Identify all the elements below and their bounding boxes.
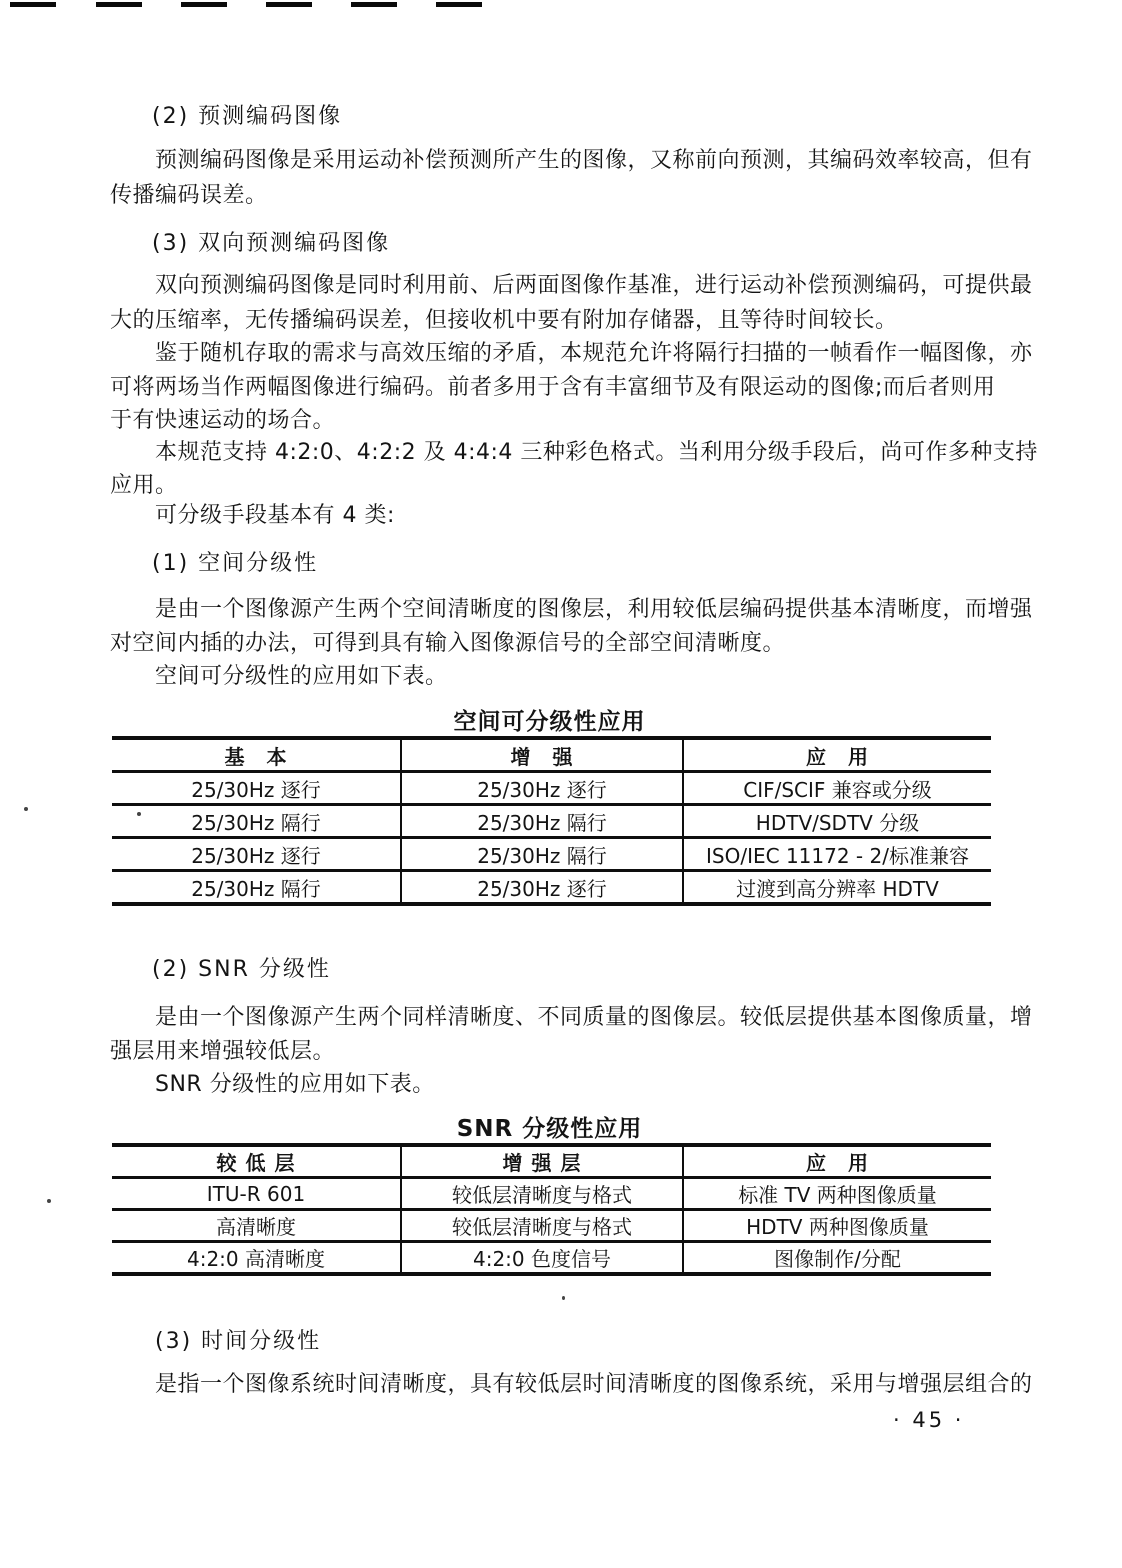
table-cell: 4:2:0 色度信号	[401, 1242, 683, 1275]
table-row: 25/30Hz 逐行 25/30Hz 逐行 CIF/SCIF 兼容或分级	[112, 772, 991, 805]
table-header-cell: 增 强	[401, 738, 683, 772]
table-title: 空间可分级性应用	[112, 703, 987, 736]
table-cell: 较低层清晰度与格式	[401, 1178, 683, 1210]
noise-speck	[47, 1199, 51, 1203]
table-cell: 25/30Hz 逐行	[401, 772, 683, 805]
table-cell: 标准 TV 两种图像质量	[683, 1178, 991, 1210]
table-row: 25/30Hz 逐行 25/30Hz 隔行 ISO/IEC 11172 - 2/…	[112, 838, 991, 871]
table-header-cell: 较 低 层	[112, 1145, 401, 1178]
section-heading: (1) 空间分级性	[152, 550, 318, 578]
table-cell: 4:2:0 高清晰度	[112, 1242, 401, 1275]
scan-mark	[10, 2, 56, 7]
paragraph-line: 空间可分级性的应用如下表。	[155, 663, 448, 691]
paragraph-line: 可将两场当作两幅图像进行编码。前者多用于含有丰富细节及有限运动的图像;而后者则用	[110, 374, 995, 402]
table-cell: 25/30Hz 隔行	[112, 805, 401, 838]
paragraph-line: 是由一个图像源产生两个同样清晰度、不同质量的图像层。较低层提供基本图像质量，增	[155, 1004, 1033, 1032]
scan-mark	[96, 2, 142, 7]
table-cell: 过渡到高分辨率 HDTV	[683, 871, 991, 905]
document-page: (2) 预测编码图像 预测编码图像是采用运动补偿预测所产生的图像，又称前向预测，…	[0, 0, 1122, 1568]
table-header-cell: 应 用	[683, 1145, 991, 1178]
table-header-row: 基 本 增 强 应 用	[112, 738, 991, 772]
scan-mark	[181, 2, 227, 7]
table-title: SNR 分级性应用	[112, 1110, 987, 1143]
table-cell: 25/30Hz 逐行	[401, 871, 683, 905]
noise-speck	[562, 1296, 565, 1300]
snr-scalability-table: 较 低 层 增 强 层 应 用 ITU-R 601 较低层清晰度与格式 标准 T…	[112, 1143, 991, 1276]
table-row: ITU-R 601 较低层清晰度与格式 标准 TV 两种图像质量	[112, 1178, 991, 1210]
table-header-cell: 增 强 层	[401, 1145, 683, 1178]
scan-mark	[351, 2, 397, 7]
paragraph-line: SNR 分级性的应用如下表。	[155, 1071, 435, 1099]
section-heading: (2) 预测编码图像	[152, 103, 342, 131]
table-cell: 25/30Hz 逐行	[112, 838, 401, 871]
page-number: · 45 ·	[893, 1408, 964, 1432]
paragraph-line: 传播编码误差。	[110, 182, 268, 210]
table-cell: 图像制作/分配	[683, 1242, 991, 1275]
table-cell: 25/30Hz 隔行	[112, 871, 401, 905]
paragraph-line: 强层用来增强较低层。	[110, 1038, 335, 1066]
table-header-cell: 基 本	[112, 738, 401, 772]
section-heading: (2) SNR 分级性	[152, 956, 331, 984]
table-cell: ISO/IEC 11172 - 2/标准兼容	[683, 838, 991, 871]
table-cell: HDTV 两种图像质量	[683, 1210, 991, 1242]
table-row: 25/30Hz 隔行 25/30Hz 隔行 HDTV/SDTV 分级	[112, 805, 991, 838]
paragraph-line: 于有快速运动的场合。	[110, 407, 335, 435]
scan-mark	[436, 2, 482, 7]
section-heading: (3) 时间分级性	[155, 1328, 321, 1356]
table-row: 4:2:0 高清晰度 4:2:0 色度信号 图像制作/分配	[112, 1242, 991, 1275]
table-row: 高清晰度 较低层清晰度与格式 HDTV 两种图像质量	[112, 1210, 991, 1242]
table-cell: HDTV/SDTV 分级	[683, 805, 991, 838]
table-header-cell: 应 用	[683, 738, 991, 772]
table-cell: 较低层清晰度与格式	[401, 1210, 683, 1242]
paragraph-line: 应用。	[110, 472, 178, 500]
paragraph-line: 预测编码图像是采用运动补偿预测所产生的图像，又称前向预测，其编码效率较高，但有	[155, 147, 1033, 175]
paragraph-line: 大的压缩率，无传播编码误差，但接收机中要有附加存储器，且等待时间较长。	[110, 307, 898, 335]
paragraph-line: 本规范支持 4:2:0、4:2:2 及 4:4:4 三种彩色格式。当利用分级手段…	[155, 439, 1038, 467]
table-cell: 25/30Hz 隔行	[401, 838, 683, 871]
table-cell: 25/30Hz 逐行	[112, 772, 401, 805]
paragraph-line: 对空间内插的办法，可得到具有输入图像源信号的全部空间清晰度。	[110, 630, 785, 658]
spatial-scalability-table: 基 本 增 强 应 用 25/30Hz 逐行 25/30Hz 逐行 CIF/SC…	[112, 736, 991, 906]
table-cell: ITU-R 601	[112, 1178, 401, 1210]
table-header-row: 较 低 层 增 强 层 应 用	[112, 1145, 991, 1178]
scan-mark	[266, 2, 312, 7]
table-cell: 高清晰度	[112, 1210, 401, 1242]
noise-speck	[24, 807, 28, 811]
section-heading: (3) 双向预测编码图像	[152, 230, 390, 258]
table-row: 25/30Hz 隔行 25/30Hz 逐行 过渡到高分辨率 HDTV	[112, 871, 991, 905]
paragraph-line: 是由一个图像源产生两个空间清晰度的图像层，利用较低层编码提供基本清晰度，而增强	[155, 596, 1033, 624]
table-cell: CIF/SCIF 兼容或分级	[683, 772, 991, 805]
paragraph-line: 鉴于随机存取的需求与高效压缩的矛盾，本规范允许将隔行扫描的一帧看作一幅图像，亦	[155, 340, 1033, 368]
paragraph-line: 可分级手段基本有 4 类:	[155, 502, 395, 530]
paragraph-line: 是指一个图像系统时间清晰度，具有较低层时间清晰度的图像系统，采用与增强层组合的	[155, 1371, 1033, 1399]
table-cell: 25/30Hz 隔行	[401, 805, 683, 838]
paragraph-line: 双向预测编码图像是同时利用前、后两面图像作基准，进行运动补偿预测编码，可提供最	[155, 272, 1033, 300]
